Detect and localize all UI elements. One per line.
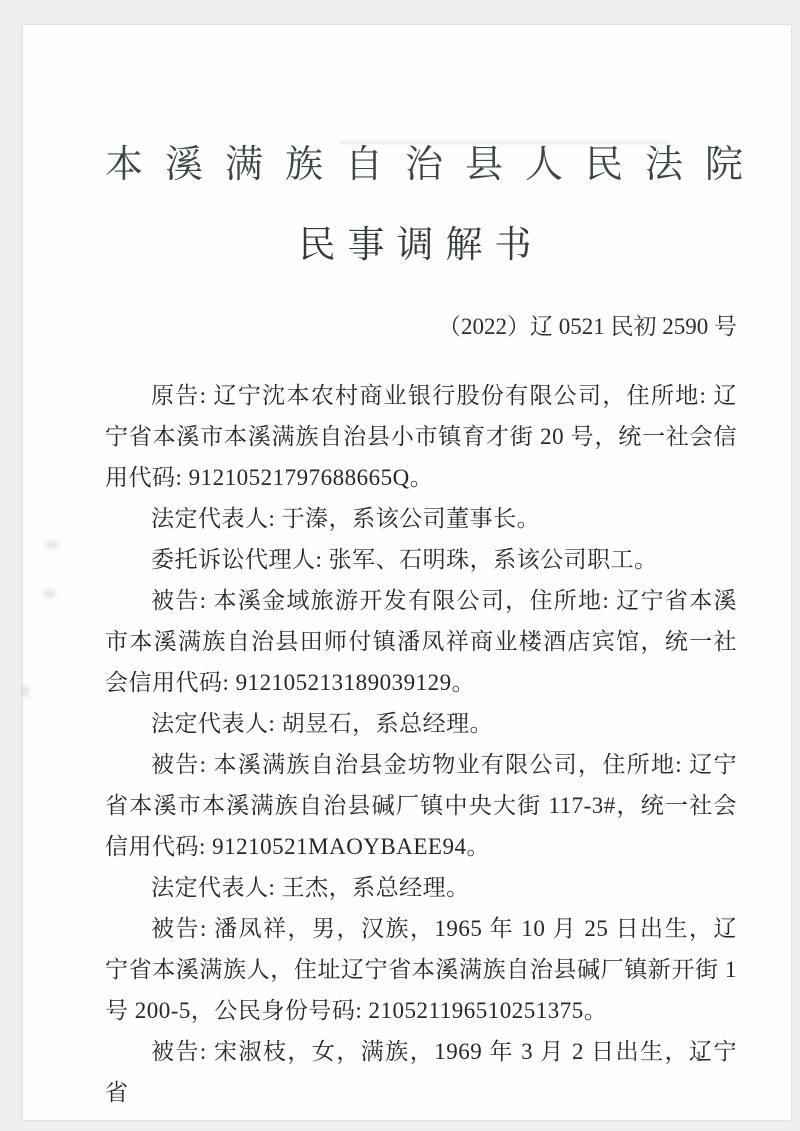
paragraph-defendant-3: 被告: 潘凤祥，男，汉族，1965 年 10 月 25 日出生，辽宁省本溪满族人… (105, 908, 737, 1031)
case-number: （2022）辽 0521 民初 2590 号 (105, 308, 737, 341)
document-content: 本溪满族自治县人民法院 民事调解书 （2022）辽 0521 民初 2590 号… (23, 133, 791, 1113)
document-body: 原告: 辽宁沈本农村商业银行股份有限公司，住所地: 辽宁省本溪市本溪满族自治县小… (105, 375, 737, 1113)
paragraph-legal-representative-defendant-1: 法定代表人: 胡昱石，系总经理。 (105, 703, 737, 744)
scan-smudge (43, 589, 56, 598)
paragraph-defendant-1: 被告: 本溪金域旅游开发有限公司，住所地: 辽宁省本溪市本溪满族自治县田师付镇潘… (105, 580, 737, 703)
scan-background: 本溪满族自治县人民法院 民事调解书 （2022）辽 0521 民初 2590 号… (0, 0, 800, 1131)
paragraph-litigation-agents: 委托诉讼代理人: 张军、石明珠，系该公司职工。 (105, 539, 737, 580)
paragraph-plaintiff: 原告: 辽宁沈本农村商业银行股份有限公司，住所地: 辽宁省本溪市本溪满族自治县小… (105, 375, 737, 498)
document-title: 民事调解书 (105, 214, 737, 268)
paragraph-legal-representative-defendant-2: 法定代表人: 王杰，系总经理。 (105, 867, 737, 908)
paragraph-legal-representative-plaintiff: 法定代表人: 于溱，系该公司董事长。 (105, 498, 737, 539)
document-page: 本溪满族自治县人民法院 民事调解书 （2022）辽 0521 民初 2590 号… (23, 25, 791, 1120)
scan-smudge (21, 685, 30, 697)
paragraph-defendant-4: 被告: 宋淑枝，女，满族，1969 年 3 月 2 日出生，辽宁省 (105, 1031, 737, 1113)
page-number: 1 (695, 1049, 703, 1066)
paragraph-defendant-2: 被告: 本溪满族自治县金坊物业有限公司，住所地: 辽宁省本溪市本溪满族自治县碱厂… (105, 744, 737, 867)
scan-artifact-line (340, 141, 670, 144)
scan-smudge (45, 541, 59, 549)
